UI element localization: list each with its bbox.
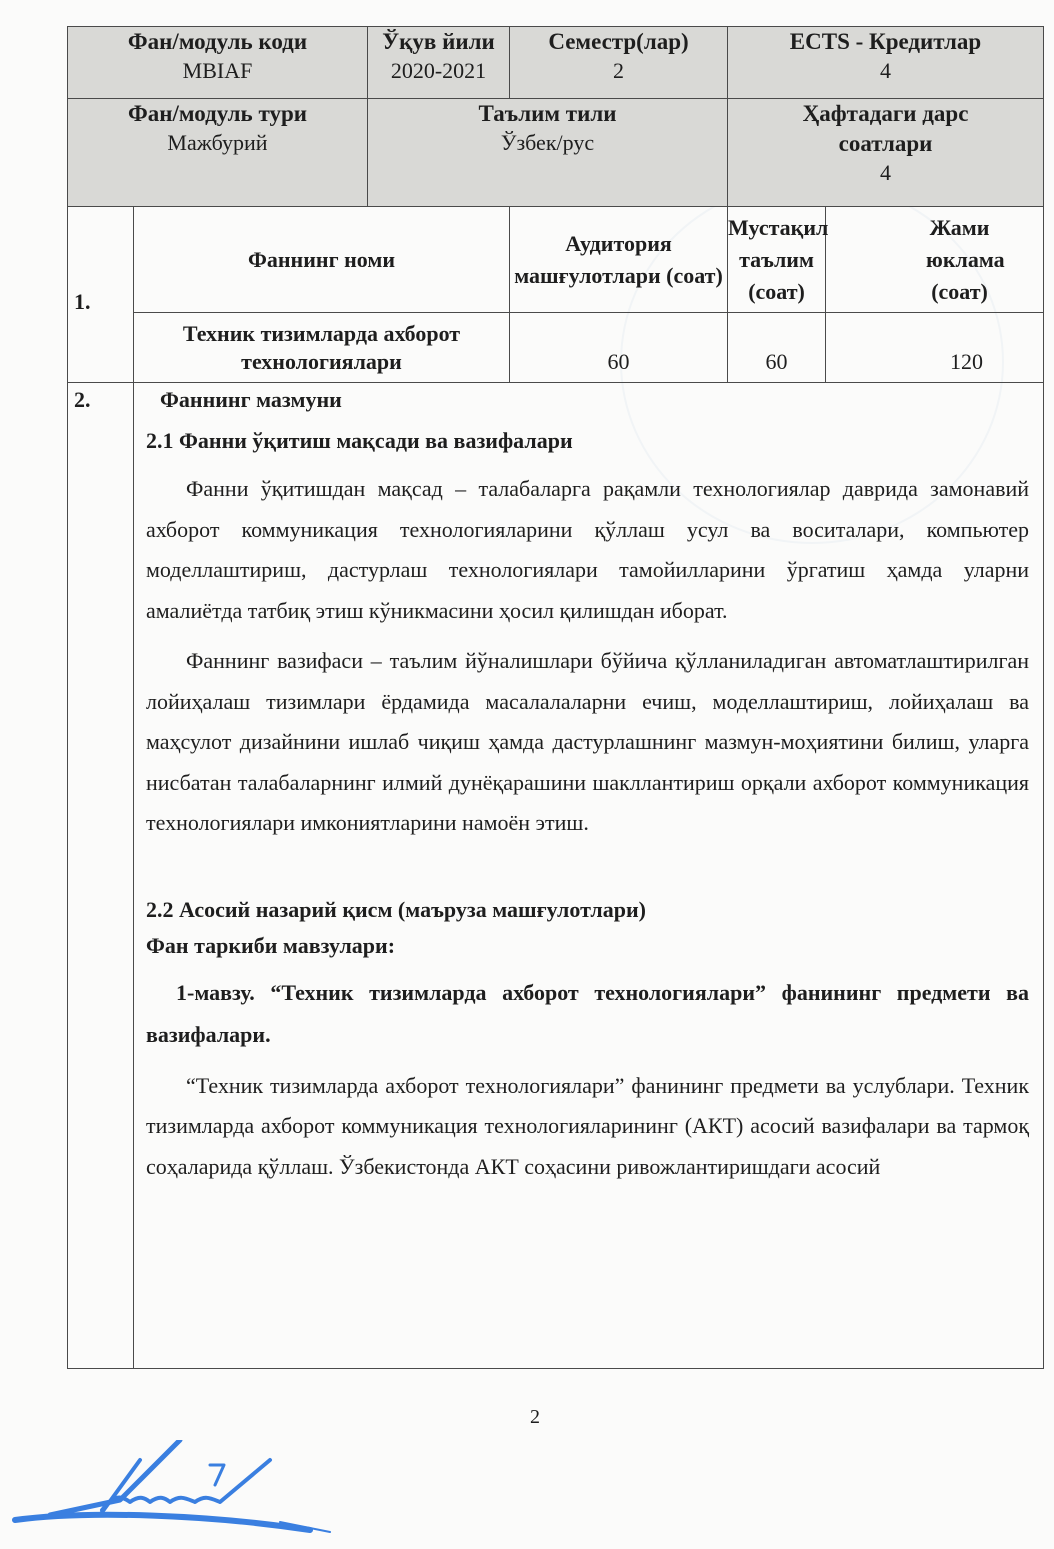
course-row: Техник тизимларда ахборот технологиялари…: [68, 313, 1044, 383]
header-row-2: Фан/модуль тури Мажбурий Таълим тили Ўзб…: [68, 99, 1044, 207]
academic-year-value: 2020-2021: [368, 57, 509, 85]
auditory-hours: 60: [510, 313, 728, 383]
section-2-content: Фаннинг мазмуни 2.1 Фанни ўқитиш мақсади…: [134, 383, 1044, 1369]
total-hours-header: Жами юклама (соат): [826, 207, 1044, 313]
ects-label: ECTS - Кредитлар: [728, 27, 1043, 57]
course-name: Техник тизимларда ахборот технологиялари: [134, 313, 510, 383]
ects-value: 4: [728, 57, 1043, 85]
independent-hours: 60: [728, 313, 826, 383]
auditory-hours-header: Аудитория машғулотлари (соат): [510, 207, 728, 313]
module-code-value: MBIAF: [68, 57, 367, 85]
tasks-paragraph: Фаннинг вазифаси – таълим йўналишлари бў…: [146, 641, 1029, 844]
header-row-1: Фан/модуль коди MBIAF Ўқув йили 2020-202…: [68, 27, 1044, 99]
subsection-2-2-title: 2.2 Асосий назарий қисм (маъруза машғуло…: [146, 894, 1029, 926]
language-cell: Таълим тили Ўзбек/рус: [368, 99, 728, 207]
language-value: Ўзбек/рус: [368, 129, 727, 157]
semester-cell: Семестр(лар) 2: [510, 27, 728, 99]
topics-label: Фан таркиби мавзулари:: [146, 926, 1029, 966]
topic-1-title: 1-мавзу. “Техник тизимларда ахборот техн…: [146, 972, 1029, 1056]
weekly-hours-label: Ҳафтадаги дарс соатлари: [728, 99, 1043, 159]
section-1-number: 1.: [68, 207, 134, 383]
weekly-hours-cell: Ҳафтадаги дарс соатлари 4: [728, 99, 1044, 207]
total-hours: 120: [826, 313, 1044, 383]
goal-paragraph: Фанни ўқитишдан мақсад – талабаларга рақ…: [146, 469, 1029, 631]
section-2-number: 2.: [68, 383, 134, 1369]
language-label: Таълим тили: [368, 99, 727, 129]
academic-year-cell: Ўқув йили 2020-2021: [368, 27, 510, 99]
syllabus-page: Фан/модуль коди MBIAF Ўқув йили 2020-202…: [67, 26, 1043, 1369]
independent-hours-header: Мустақил таълим (соат): [728, 207, 826, 313]
weekly-hours-value: 4: [728, 159, 1043, 187]
section-1-header-row: 1. Фаннинг номи Аудитория машғулотлари (…: [68, 207, 1044, 313]
module-type-cell: Фан/модуль тури Мажбурий: [68, 99, 368, 207]
course-name-header: Фаннинг номи: [134, 207, 510, 313]
ects-cell: ECTS - Кредитлар 4: [728, 27, 1044, 99]
section-2-title: Фаннинг мазмуни: [160, 385, 1029, 415]
module-code-label: Фан/модуль коди: [68, 27, 367, 57]
topic-1-text: “Техник тизимларда ахборот технологиялар…: [146, 1066, 1029, 1188]
module-code-cell: Фан/модуль коди MBIAF: [68, 27, 368, 99]
page-number: 2: [530, 1406, 540, 1429]
signature-icon: [10, 1440, 400, 1540]
semester-value: 2: [510, 57, 727, 85]
syllabus-table: Фан/модуль коди MBIAF Ўқув йили 2020-202…: [67, 26, 1044, 1369]
semester-label: Семестр(лар): [510, 27, 727, 57]
academic-year-label: Ўқув йили: [368, 27, 509, 57]
subsection-2-1-title: 2.1 Фанни ўқитиш мақсади ва вазифалари: [146, 425, 1029, 457]
module-type-value: Мажбурий: [68, 129, 367, 157]
section-2-row: 2. Фаннинг мазмуни 2.1 Фанни ўқитиш мақс…: [68, 383, 1044, 1369]
module-type-label: Фан/модуль тури: [68, 99, 367, 129]
